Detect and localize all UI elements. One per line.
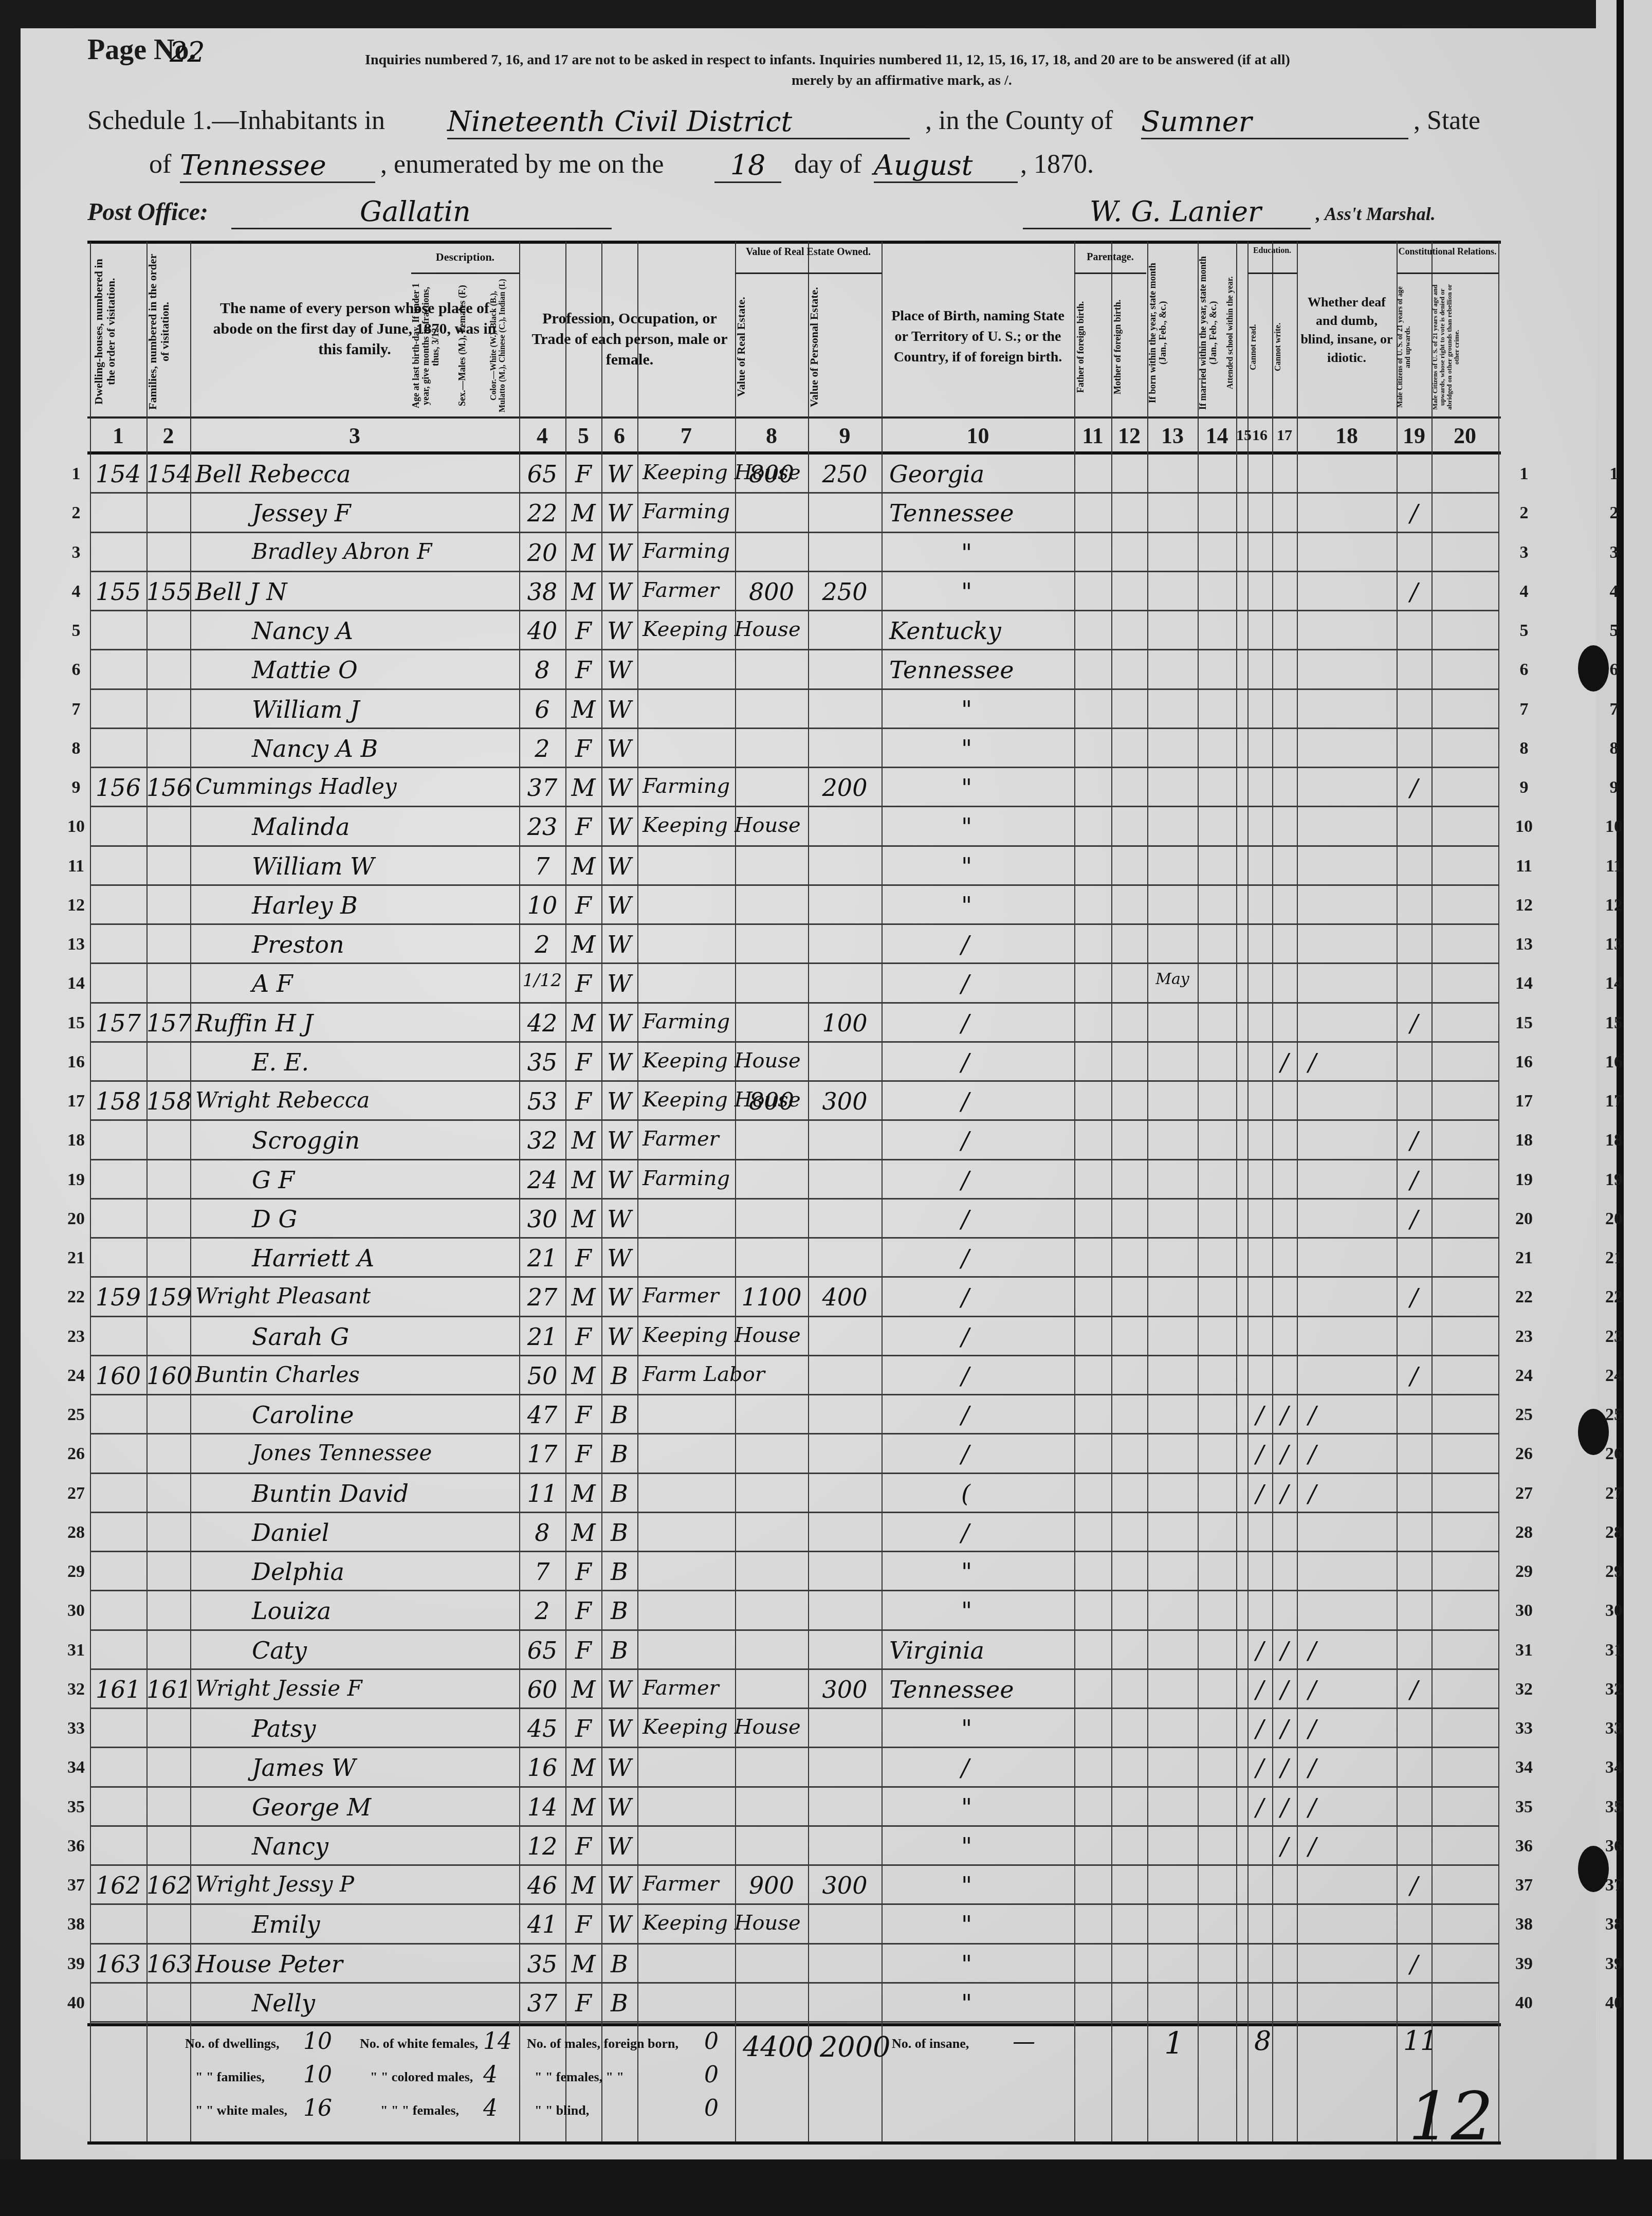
cannot-read-mark: /: [1247, 1678, 1272, 1701]
description-group-divider: [411, 273, 519, 274]
color-value: B: [601, 1639, 637, 1662]
birthplace-value: /: [889, 1285, 1144, 1309]
column-rule: [1498, 242, 1499, 2141]
age-value: 2: [519, 1599, 565, 1623]
cannot-write-mark: /: [1272, 1756, 1297, 1779]
line-number-far-right: 25: [1599, 1405, 1629, 1425]
dwelling-number: 160: [90, 1364, 146, 1388]
table-top-border: [87, 241, 1501, 244]
sex-value: F: [565, 1639, 601, 1662]
sex-value: F: [565, 1246, 601, 1270]
age-value: 46: [519, 1874, 565, 1897]
column-number: 16: [1247, 427, 1272, 444]
line-number-left: 27: [61, 1484, 91, 1503]
dwelling-number: 155: [90, 580, 146, 604]
year-label: , 1870.: [1020, 149, 1094, 179]
birthplace-value: ": [889, 737, 1144, 760]
birthplace-value: /: [889, 1246, 1144, 1270]
line-number-far-right: 7: [1599, 700, 1629, 719]
row-rule: [90, 1825, 1498, 1827]
day-of-label: day of: [794, 149, 861, 179]
person-name: Jones Tennessee: [195, 1442, 571, 1464]
person-name: Mattie O: [195, 658, 571, 682]
birthplace-value: ": [889, 815, 1144, 839]
line-number-far-right: 16: [1599, 1052, 1629, 1072]
cannot-write-mark: /: [1272, 1678, 1297, 1701]
family-number: 163: [146, 1952, 190, 1976]
citizen-mark: /: [1397, 580, 1431, 604]
age-value: 53: [519, 1089, 565, 1113]
line-number-far-right: 40: [1599, 1993, 1629, 2013]
line-number-right: 17: [1509, 1092, 1539, 1111]
state-label: , State: [1414, 105, 1480, 136]
column-rule: [190, 242, 191, 2141]
foreign-males-count: 0: [704, 2028, 719, 2055]
line-number-left: 20: [61, 1209, 91, 1229]
sex-value: M: [565, 1874, 601, 1897]
post-office-label: Post Office:: [87, 198, 208, 226]
sex-value: M: [565, 933, 601, 956]
row-rule: [90, 1316, 1498, 1317]
age-value: 22: [519, 501, 565, 525]
line-number-right: 5: [1509, 621, 1539, 641]
birthplace-value: /: [889, 1442, 1144, 1466]
line-number-right: 18: [1509, 1131, 1539, 1150]
birthplace-value: ": [889, 1874, 1144, 1897]
person-name: Preston: [195, 933, 571, 956]
col18-mark: /: [1297, 1717, 1328, 1740]
column-number: 11: [1074, 423, 1111, 449]
line-number-far-right: 36: [1599, 1837, 1629, 1856]
line-number-far-right: 21: [1599, 1248, 1629, 1268]
sex-value: F: [565, 1325, 601, 1349]
sex-value: M: [565, 580, 601, 604]
birthplace-value: ": [889, 1913, 1144, 1936]
color-value: B: [601, 1991, 637, 2015]
line-number-left: 2: [61, 503, 91, 523]
schedule-label: Schedule 1.—Inhabitants in: [87, 105, 385, 136]
line-number-right: 20: [1509, 1209, 1539, 1229]
line-number-right: 7: [1509, 700, 1539, 719]
citizen-mark: /: [1397, 1168, 1431, 1192]
color-value: W: [601, 1129, 637, 1152]
color-value: W: [601, 737, 637, 760]
column-rule: [90, 242, 91, 2141]
col6-header: Color.—White (W.), Black (B.), Mulatto (…: [489, 278, 519, 414]
column-rule: [146, 242, 148, 2141]
person-name: William J: [195, 698, 571, 721]
line-number-far-right: 20: [1599, 1209, 1629, 1229]
total-personal-estate: 2000: [820, 2031, 890, 2063]
age-value: 8: [519, 658, 565, 682]
row-rule: [90, 806, 1498, 807]
line-number-far-right: 12: [1599, 896, 1629, 915]
row-rule: [90, 1864, 1498, 1866]
birthplace-value: /: [889, 1403, 1144, 1427]
birthplace-value: ": [889, 1991, 1144, 2015]
color-value: W: [601, 972, 637, 995]
age-value: 14: [519, 1795, 565, 1819]
parentage-group-divider: [1074, 273, 1146, 274]
line-number-far-right: 15: [1599, 1013, 1629, 1033]
row-rule: [90, 1237, 1498, 1239]
occupation-value: Farming: [643, 1168, 848, 1189]
row-rule: [90, 1512, 1498, 1513]
row-rule: [90, 492, 1498, 494]
line-number-far-right: 8: [1599, 739, 1629, 758]
color-value: B: [601, 1952, 637, 1976]
total-col14: 1: [1164, 2026, 1184, 2062]
birthplace-value: ": [889, 1834, 1144, 1858]
col7-header: Profession, Occupation, or Trade of each…: [529, 308, 730, 370]
insane-label: No. of insane,: [892, 2036, 969, 2051]
birthplace-value: /: [889, 1207, 1144, 1231]
line-number-right: 4: [1509, 582, 1539, 602]
column-rule: [1198, 242, 1199, 2141]
line-number-right: 13: [1509, 935, 1539, 954]
birthplace-value: /: [889, 972, 1144, 995]
family-number: 160: [146, 1364, 190, 1388]
line-number-left: 21: [61, 1248, 91, 1268]
cannot-write-mark: /: [1272, 1834, 1297, 1858]
row-rule: [90, 1002, 1498, 1004]
real-estate-value: 800: [735, 462, 808, 486]
header-divider: [87, 416, 1501, 419]
line-number-right: 37: [1509, 1876, 1539, 1895]
real-estate-value: 1100: [735, 1285, 808, 1309]
person-name: D G: [195, 1207, 571, 1231]
person-name: Harriett A: [195, 1246, 571, 1270]
colored-males-label: " " colored males,: [370, 2069, 473, 2085]
col18-mark: /: [1297, 1678, 1328, 1701]
occupation-value: Farmer: [643, 1129, 848, 1149]
birthplace-value: /: [889, 1011, 1144, 1035]
age-value: 16: [519, 1756, 565, 1779]
sex-value: F: [565, 1834, 601, 1858]
line-number-far-right: 30: [1599, 1601, 1629, 1621]
line-number-right: 29: [1509, 1562, 1539, 1582]
family-number: 162: [146, 1874, 190, 1897]
age-value: 17: [519, 1442, 565, 1466]
sex-value: M: [565, 1795, 601, 1819]
line-number-left: 35: [61, 1797, 91, 1817]
line-number-far-right: 39: [1599, 1954, 1629, 1974]
sex-value: F: [565, 1403, 601, 1427]
county-field: Sumner: [1141, 105, 1408, 139]
color-value: W: [601, 815, 637, 839]
line-number-far-right: 4: [1599, 582, 1629, 602]
line-number-right: 31: [1509, 1641, 1539, 1660]
total-col16: 8: [1254, 2026, 1271, 2057]
line-number-left: 14: [61, 974, 91, 993]
color-value: B: [601, 1403, 637, 1427]
person-name: Wright Rebecca: [195, 1089, 514, 1111]
line-number-right: 26: [1509, 1444, 1539, 1464]
person-name: Scroggin: [195, 1129, 571, 1152]
dwelling-number: 161: [90, 1678, 146, 1701]
line-number-far-right: 18: [1599, 1131, 1629, 1150]
born-month-value: May: [1147, 972, 1198, 987]
col1-header: Dwelling-houses, numbered in the order o…: [93, 252, 141, 411]
person-name: James W: [195, 1756, 571, 1779]
person-name: Cummings Hadley: [195, 776, 514, 797]
line-number-left: 28: [61, 1523, 91, 1542]
column-number: 1: [90, 423, 146, 449]
line-number-left: 37: [61, 1876, 91, 1895]
family-number: 154: [146, 462, 190, 486]
sex-value: F: [565, 1560, 601, 1584]
sex-value: M: [565, 1952, 601, 1976]
line-number-right: 3: [1509, 543, 1539, 562]
row-rule: [90, 1708, 1498, 1709]
age-value: 35: [519, 1952, 565, 1976]
age-value: 7: [519, 1560, 565, 1584]
sex-value: F: [565, 1991, 601, 2015]
colored-females-label: " " " females,: [380, 2103, 459, 2118]
dwelling-number: 158: [90, 1089, 146, 1113]
column-rule: [1431, 242, 1433, 2141]
sex-value: F: [565, 1050, 601, 1074]
sex-value: M: [565, 698, 601, 721]
line-number-far-right: 6: [1599, 660, 1629, 680]
cannot-write-mark: /: [1272, 1050, 1297, 1074]
column-rule: [735, 242, 736, 2141]
dwellings-count: 10: [303, 2028, 332, 2055]
sex-value: F: [565, 815, 601, 839]
birthplace-value: /: [889, 933, 1144, 956]
header-bottom-border: [87, 451, 1501, 455]
line-number-far-right: 10: [1599, 817, 1629, 837]
insane-count: —: [1013, 2028, 1035, 2055]
cannot-write-mark: /: [1272, 1795, 1297, 1819]
age-value: 2: [519, 933, 565, 956]
margin-tally: 12: [1408, 2077, 1493, 2155]
birthplace-value: Tennessee: [889, 501, 1072, 525]
line-number-left: 22: [61, 1287, 91, 1307]
col18-mark: /: [1297, 1756, 1328, 1779]
birthplace-value: ": [889, 1952, 1144, 1976]
col13-header: If born within the year, state month (Ja…: [1147, 252, 1196, 414]
occupation-value: Keeping House: [643, 1913, 848, 1933]
row-rule: [90, 1629, 1498, 1631]
age-value: 60: [519, 1678, 565, 1701]
line-number-right: 12: [1509, 896, 1539, 915]
line-number-right: 32: [1509, 1680, 1539, 1699]
age-value: 12: [519, 1834, 565, 1858]
age-value: 1/12: [519, 972, 565, 989]
line-number-left: 29: [61, 1562, 91, 1582]
line-number-left: 18: [61, 1131, 91, 1150]
age-value: 38: [519, 580, 565, 604]
color-value: W: [601, 619, 637, 643]
sex-value: M: [565, 855, 601, 878]
real-estate-value: 900: [735, 1874, 808, 1897]
row-rule: [90, 1433, 1498, 1434]
white-males-count: 16: [303, 2095, 332, 2121]
foreign-females-label: " " females, " ": [535, 2069, 624, 2085]
person-name: House Peter: [195, 1952, 514, 1976]
row-rule: [90, 610, 1498, 611]
cannot-read-mark: /: [1247, 1795, 1272, 1819]
row-rule: [90, 1119, 1498, 1121]
citizen-mark: /: [1397, 1364, 1431, 1388]
sex-value: F: [565, 619, 601, 643]
citizen-mark: /: [1397, 501, 1431, 525]
column-number: 19: [1397, 423, 1431, 449]
age-value: 21: [519, 1246, 565, 1270]
citizen-mark: /: [1397, 1952, 1431, 1976]
person-name: Bradley Abron F: [195, 541, 571, 562]
cannot-read-mark: /: [1247, 1442, 1272, 1466]
sex-value: F: [565, 1717, 601, 1740]
cannot-read-mark: /: [1247, 1756, 1272, 1779]
age-value: 11: [519, 1482, 565, 1505]
row-rule: [90, 649, 1498, 650]
column-number: 13: [1147, 423, 1198, 449]
family-number: 161: [146, 1678, 190, 1701]
line-number-right: 2: [1509, 503, 1539, 523]
column-rule: [1236, 242, 1237, 2141]
line-number-far-right: 26: [1599, 1444, 1629, 1464]
column-number: 12: [1111, 423, 1147, 449]
birthplace-value: ": [889, 698, 1144, 721]
sex-value: F: [565, 462, 601, 486]
color-value: W: [601, 855, 637, 878]
line-number-left: 4: [61, 582, 91, 602]
person-name: Caroline: [195, 1403, 571, 1427]
line-number-left: 3: [61, 543, 91, 562]
age-value: 20: [519, 541, 565, 565]
family-number: 159: [146, 1285, 190, 1309]
col18-mark: /: [1297, 1050, 1328, 1074]
line-number-left: 36: [61, 1837, 91, 1856]
color-value: W: [601, 1678, 637, 1701]
colored-females-count: 4: [483, 2095, 498, 2121]
person-name: Harley B: [195, 894, 571, 917]
col20-header: Male Citizens of U. S. of 21 years of ag…: [1431, 280, 1498, 414]
person-name: Emily: [195, 1913, 571, 1936]
color-value: B: [601, 1599, 637, 1623]
marshal-signature: W. G. Lanier: [1023, 195, 1311, 229]
color-value: B: [601, 1442, 637, 1466]
row-rule: [90, 1786, 1498, 1788]
person-name: Wright Jessie F: [195, 1678, 514, 1699]
column-number: 3: [190, 423, 519, 449]
sex-value: F: [565, 658, 601, 682]
col10-header: Place of Birth, naming State or Territor…: [887, 306, 1069, 368]
line-number-right: 24: [1509, 1366, 1539, 1386]
day-field: 18: [714, 149, 781, 183]
scan-bottom-border: [0, 2159, 1652, 2216]
line-number-left: 38: [61, 1915, 91, 1934]
line-number-far-right: 11: [1599, 857, 1629, 876]
line-number-right: 36: [1509, 1837, 1539, 1856]
dwelling-number: 156: [90, 776, 146, 800]
line-number-far-right: 24: [1599, 1366, 1629, 1386]
personal-estate-value: 250: [808, 462, 882, 486]
rows-bottom-border: [87, 2023, 1501, 2026]
real-estate-value: 800: [735, 580, 808, 604]
color-value: W: [601, 1325, 637, 1349]
person-name: Buntin Charles: [195, 1364, 514, 1386]
sex-value: F: [565, 1599, 601, 1623]
birthplace-value: ": [889, 855, 1144, 878]
person-name: Malinda: [195, 815, 571, 839]
person-name: William W: [195, 855, 571, 878]
cannot-read-mark: /: [1247, 1482, 1272, 1505]
sex-value: F: [565, 972, 601, 995]
column-number: 9: [808, 423, 882, 449]
birthplace-value: (: [889, 1482, 1144, 1505]
line-number-left: 16: [61, 1052, 91, 1072]
occupation-value: Keeping House: [643, 1050, 848, 1071]
occupation-value: Keeping House: [643, 1325, 848, 1346]
person-name: Patsy: [195, 1717, 571, 1740]
age-value: 65: [519, 462, 565, 486]
line-number-right: 38: [1509, 1915, 1539, 1934]
row-rule: [90, 532, 1498, 533]
line-number-left: 5: [61, 621, 91, 641]
row-rule: [90, 1747, 1498, 1748]
line-number-left: 9: [61, 778, 91, 797]
row-rule: [90, 1355, 1498, 1356]
line-number-right: 40: [1509, 1993, 1539, 2013]
line-number-right: 28: [1509, 1523, 1539, 1542]
row-rule: [90, 884, 1498, 886]
column-number: 5: [565, 423, 601, 449]
dwellings-label: No. of dwellings,: [185, 2036, 279, 2051]
sex-value: M: [565, 1364, 601, 1388]
age-value: 37: [519, 1991, 565, 2015]
birthplace-value: Virginia: [889, 1639, 1072, 1662]
families-label: " " families,: [195, 2069, 265, 2085]
color-value: W: [601, 580, 637, 604]
person-name: Nancy A B: [195, 737, 571, 760]
real-estate-value: 800: [735, 1089, 808, 1113]
person-name: Wright Pleasant: [195, 1285, 514, 1307]
row-rule: [90, 2021, 1498, 2023]
row-rule: [90, 1590, 1498, 1591]
birthplace-value: /: [889, 1756, 1144, 1779]
line-number-right: 8: [1509, 739, 1539, 758]
sex-value: M: [565, 1521, 601, 1545]
birthplace-value: ": [889, 894, 1144, 917]
cannot-read-mark: /: [1247, 1639, 1272, 1662]
line-number-right: 27: [1509, 1484, 1539, 1503]
line-number-left: 17: [61, 1092, 91, 1111]
line-number-far-right: 33: [1599, 1719, 1629, 1738]
line-number-right: 19: [1509, 1170, 1539, 1190]
col11-header: Father of foreign birth.: [1074, 280, 1110, 414]
line-number-right: 23: [1509, 1327, 1539, 1347]
age-value: 30: [519, 1207, 565, 1231]
column-rule: [1397, 242, 1398, 2141]
birthplace-value: /: [889, 1364, 1144, 1388]
age-value: 41: [519, 1913, 565, 1936]
col16-header: Cannot read.: [1247, 280, 1271, 414]
birthplace-value: /: [889, 1325, 1144, 1349]
age-value: 6: [519, 698, 565, 721]
line-number-left: 6: [61, 660, 91, 680]
sex-value: F: [565, 1913, 601, 1936]
sex-value: M: [565, 776, 601, 800]
person-name: G F: [195, 1168, 571, 1192]
age-value: 32: [519, 1129, 565, 1152]
line-number-far-right: 34: [1599, 1758, 1629, 1777]
birthplace-value: Kentucky: [889, 619, 1072, 643]
line-number-far-right: 17: [1599, 1092, 1629, 1111]
white-females-label: No. of white females,: [360, 2036, 478, 2051]
